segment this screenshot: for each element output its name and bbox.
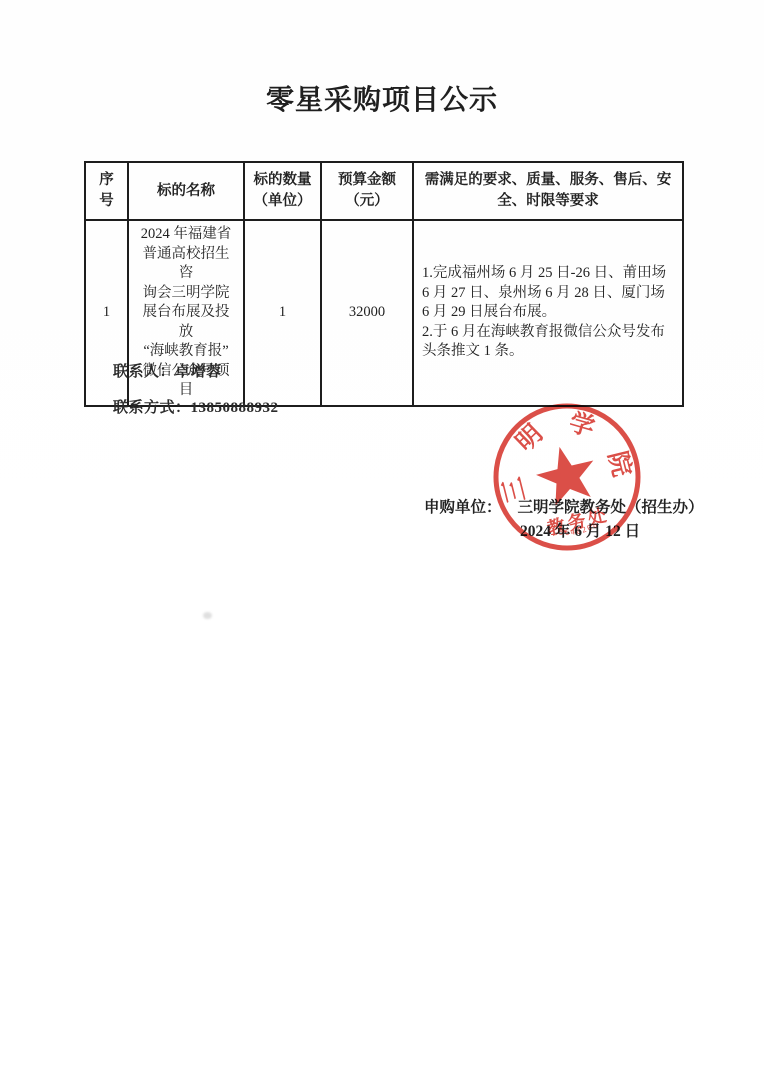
seal-arc-char: 学	[566, 408, 598, 442]
contact-person-line: 联系人：卓增蓉	[113, 360, 222, 381]
contact-person-name: 卓增蓉	[175, 364, 222, 380]
contact-method-label: 联系方式：	[113, 400, 191, 416]
cell-budget: 32000	[321, 220, 413, 406]
requesting-unit-line: 申购单位： 三明学院教务处（招生办）	[424, 496, 704, 520]
document-page: 零星采购项目公示 序号 标的名称 标的数量 （单位） 预算金额 （元） 需满足的…	[0, 0, 764, 1080]
table-header-row: 序号 标的名称 标的数量 （单位） 预算金额 （元） 需满足的要求、质量、服务、…	[85, 162, 683, 220]
scan-artifact	[203, 612, 212, 619]
header-seq: 序号	[85, 162, 128, 220]
header-requirements: 需满足的要求、质量、服务、售后、安全、时限等要求	[413, 162, 683, 220]
cell-requirements: 1.完成福州场 6 月 25 日-26 日、莆田场 6 月 27 日、泉州场 6…	[413, 220, 683, 406]
footer-block: 申购单位： 三明学院教务处（招生办） 2024 年 6 月 12 日	[424, 496, 704, 544]
contact-method-value: 13850888932	[191, 400, 279, 416]
seal-arc-char: 院	[603, 448, 636, 479]
header-budget: 预算金额 （元）	[321, 162, 413, 220]
contact-method-line: 联系方式：13850888932	[113, 396, 279, 417]
cell-quantity: 1	[244, 220, 321, 406]
header-name: 标的名称	[128, 162, 244, 220]
contact-person-label: 联系人：	[113, 364, 175, 380]
page-title: 零星采购项目公示	[0, 78, 764, 118]
seal-arc-char: 明	[511, 419, 548, 457]
official-seal: 三明学院 教务处 5640208	[467, 377, 667, 577]
requesting-unit-name: 三明学院教务处（招生办）	[518, 496, 704, 520]
header-quantity: 标的数量 （单位）	[244, 162, 321, 220]
footer-date: 2024 年 6 月 12 日	[520, 520, 704, 544]
requesting-unit-label: 申购单位：	[424, 496, 502, 520]
